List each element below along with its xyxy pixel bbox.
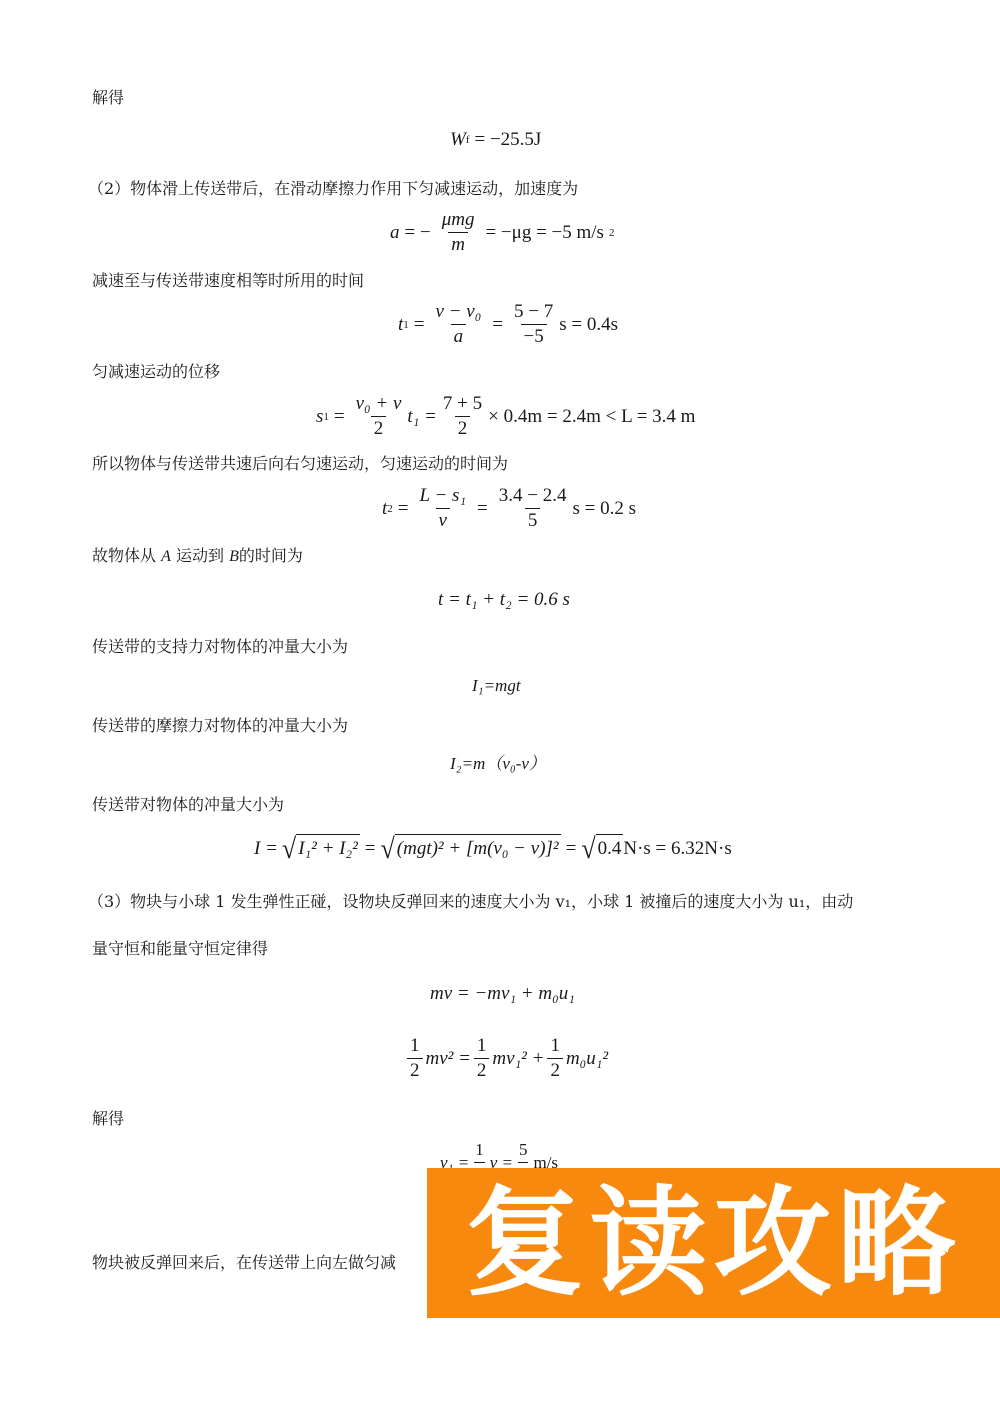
sqrt: √0.4: [581, 834, 623, 864]
eq-symbol: W: [450, 128, 466, 152]
equation-total-impulse: I = √I₁² + I₂² = √(mgt)² + [m(v₀ − v)]² …: [254, 834, 732, 864]
radicand: 0.4: [596, 834, 624, 864]
fraction: 12: [407, 1034, 423, 1083]
eq-text: mv = −mv₁ + m₀u₁: [430, 982, 575, 1006]
denominator: 2: [371, 416, 387, 441]
watermark-banner: 复读攻略: [427, 1168, 1000, 1318]
numerator: 7 + 5: [440, 392, 485, 416]
equation-i2: I₂=m（v₀-v）: [450, 752, 546, 776]
eq-text: I₂=m（v₀-v）: [450, 752, 546, 776]
text-friction-impulse: 传送带的摩擦力对物体的冲量大小为: [92, 716, 348, 736]
watermark-text: 复读攻略: [465, 1168, 961, 1318]
eq-op: = −: [405, 221, 431, 245]
fraction: 3.4 − 2.45: [496, 484, 570, 533]
equation-t2: t2 = L − s₁v = 3.4 − 2.45 s = 0.2 s: [382, 484, 636, 533]
sqrt: √I₁² + I₂²: [282, 834, 360, 864]
denominator: v: [436, 508, 450, 533]
equation-total-time: t = t₁ + t₂ = 0.6 s: [438, 588, 570, 612]
eq-op: =: [566, 837, 577, 861]
numerator: 3.4 − 2.4: [496, 484, 570, 508]
eq-rhs: = −25.5J: [475, 128, 542, 152]
text-support-impulse: 传送带的支持力对物体的冲量大小为: [92, 637, 348, 657]
numerator: 1: [472, 1138, 487, 1162]
denominator: −5: [521, 324, 547, 349]
eq-op: =: [398, 497, 409, 521]
fraction: v − v₀a: [433, 300, 485, 349]
text-part-3: （3）物块与小球 1 发生弹性正碰，设物块反弹回来的速度大小为 v₁，小球 1 …: [88, 892, 853, 912]
sqrt: √(mgt)² + [m(v₀ − v)]²: [381, 834, 561, 864]
radical-sign: √: [282, 833, 296, 866]
eq-op: =: [492, 313, 503, 337]
text-total-impulse: 传送带对物体的冲量大小为: [92, 795, 284, 815]
numerator: v₀ + v: [353, 392, 405, 416]
radicand: (mgt)² + [m(v₀ − v)]²: [395, 834, 561, 864]
radicand: I₁² + I₂²: [296, 834, 360, 864]
text-part-3-cont: 量守恒和能量守恒定律得: [92, 939, 268, 959]
fraction: L − s₁v: [417, 484, 470, 533]
fraction: 12: [547, 1034, 563, 1083]
text-fragment: 故物体从: [92, 546, 156, 565]
equation-momentum: mv = −mv₁ + m₀u₁: [430, 982, 575, 1006]
text-fragment: 的时间为: [239, 546, 303, 565]
radical-sign: √: [381, 833, 395, 866]
eq-symbol: s: [316, 405, 323, 429]
eq-text: t = t₁ + t₂ = 0.6 s: [438, 588, 570, 612]
equation-work-friction: Wf = −25.5J: [450, 128, 546, 152]
eq-rhs: = −μg = −5 m/s: [485, 221, 604, 245]
fraction: 5 − 7−5: [511, 300, 556, 349]
eq-lhs: I =: [254, 837, 278, 861]
denominator: 2: [455, 416, 471, 441]
eq-symbol: a: [390, 221, 400, 245]
eq-term: mv² =: [426, 1047, 471, 1071]
text-solve-1: 解得: [92, 88, 124, 108]
equation-s1: s1 = v₀ + v2 t₁ = 7 + 52 × 0.4m = 2.4m <…: [316, 392, 695, 441]
fraction: μmgm: [439, 208, 478, 257]
fraction: 7 + 52: [440, 392, 485, 441]
numerator: v − v₀: [433, 300, 485, 324]
fraction: 12: [474, 1034, 490, 1083]
equation-i1: I₁=mgt: [472, 674, 521, 698]
text-total-time-intro: 故物体从 A 运动到 B的时间为: [92, 546, 303, 567]
eq-op: =: [414, 313, 425, 337]
eq-rhs: s = 0.2 s: [572, 497, 636, 521]
equation-acceleration: a = − μmgm = −μg = −5 m/s2: [390, 208, 614, 257]
denominator: m: [448, 232, 468, 257]
eq-mid: t₁ =: [407, 405, 436, 429]
text-part-2: （2）物体滑上传送带后，在滑动摩擦力作用下匀减速运动，加速度为: [88, 179, 578, 199]
eq-op: =: [365, 837, 376, 861]
text-decel-time: 减速至与传送带速度相等时所用的时间: [92, 271, 364, 291]
numerator: μmg: [439, 208, 478, 232]
eq-op: =: [477, 497, 488, 521]
point-b: B: [229, 548, 239, 565]
fraction: v₀ + v2: [353, 392, 405, 441]
eq-text: I₁=mgt: [472, 674, 521, 698]
eq-op: =: [334, 405, 345, 429]
denominator: 2: [407, 1058, 423, 1083]
numerator: 1: [547, 1034, 563, 1058]
numerator: L − s₁: [417, 484, 470, 508]
denominator: a: [451, 324, 467, 349]
numerator: 5: [516, 1138, 531, 1162]
radical-sign: √: [581, 833, 595, 866]
numerator: 1: [474, 1034, 490, 1058]
eq-term: mv₁² +: [492, 1047, 544, 1071]
denominator: 2: [547, 1058, 563, 1083]
eq-rhs: N·s = 6.32N·s: [623, 837, 731, 861]
point-a: A: [161, 548, 171, 565]
denominator: 2: [474, 1058, 490, 1083]
equation-t1: t1 = v − v₀a = 5 − 7−5 s = 0.4s: [398, 300, 618, 349]
eq-term: m₀u₁²: [566, 1047, 608, 1071]
numerator: 1: [407, 1034, 423, 1058]
equation-energy: 12 mv² = 12 mv₁² + 12 m₀u₁²: [404, 1034, 608, 1083]
text-displacement: 匀减速运动的位移: [92, 362, 220, 382]
denominator: 5: [525, 508, 541, 533]
eq-rhs: × 0.4m = 2.4m < L = 3.4 m: [488, 405, 695, 429]
text-solve-2: 解得: [92, 1109, 124, 1129]
text-fragment: 运动到: [176, 546, 224, 565]
eq-rhs: s = 0.4s: [559, 313, 618, 337]
text-rebound: 物块被反弹回来后，在传送带上向左做匀减: [92, 1253, 396, 1273]
numerator: 5 − 7: [511, 300, 556, 324]
text-uniform-motion: 所以物体与传送带共速后向右匀速运动，匀速运动的时间为: [92, 454, 508, 474]
